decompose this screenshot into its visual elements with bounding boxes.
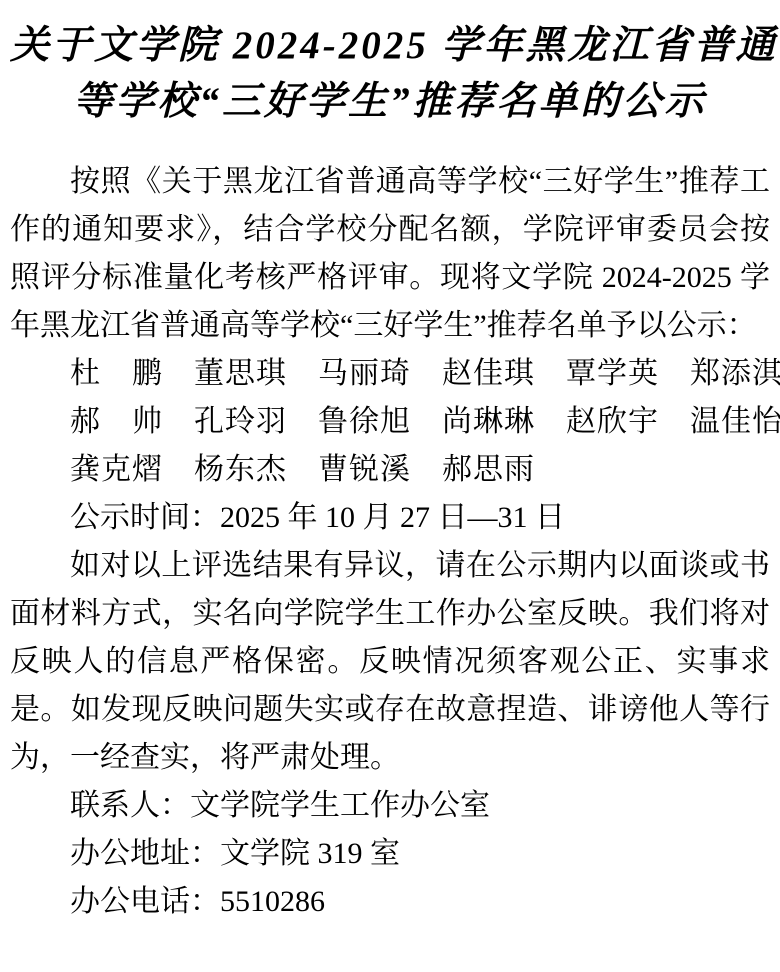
office-phone: 办公电话：5510286 xyxy=(10,878,770,926)
nominee-name-list: 杜 鹏 董思琪 马丽琦 赵佳琪 覃学英 郑添淇 郝 帅 孔玲羽 鲁徐旭 尚琳琳 … xyxy=(10,350,770,494)
office-address: 办公地址：文学院 319 室 xyxy=(10,830,770,878)
name-row-1: 杜 鹏 董思琪 马丽琦 赵佳琪 覃学英 郑添淇 xyxy=(10,350,770,398)
contact-person: 联系人：文学院学生工作办公室 xyxy=(10,782,770,830)
page-title: 关于文学院 2024-2025 学年黑龙江省普通高 等学校“三好学生”推荐名单的… xyxy=(10,18,770,130)
title-line-2: 等学校“三好学生”推荐名单的公示 xyxy=(10,74,770,130)
publicity-period: 公示时间：2025 年 10 月 27 日—31 日 xyxy=(10,494,770,542)
objection-paragraph: 如对以上评选结果有异议，请在公示期内以面谈或书面材料方式，实名向学院学生工作办公… xyxy=(10,542,770,782)
title-line-1: 关于文学院 2024-2025 学年黑龙江省普通高 xyxy=(10,18,770,74)
document-body: 按照《关于黑龙江省普通高等学校“三好学生”推荐工作的通知要求》，结合学校分配名额… xyxy=(10,158,770,926)
intro-paragraph: 按照《关于黑龙江省普通高等学校“三好学生”推荐工作的通知要求》，结合学校分配名额… xyxy=(10,158,770,350)
name-row-3: 龚克熠 杨东杰 曹锐溪 郝思雨 xyxy=(10,446,770,494)
announcement-document: 关于文学院 2024-2025 学年黑龙江省普通高 等学校“三好学生”推荐名单的… xyxy=(0,0,780,972)
name-row-2: 郝 帅 孔玲羽 鲁徐旭 尚琳琳 赵欣宇 温佳怡 xyxy=(10,398,770,446)
